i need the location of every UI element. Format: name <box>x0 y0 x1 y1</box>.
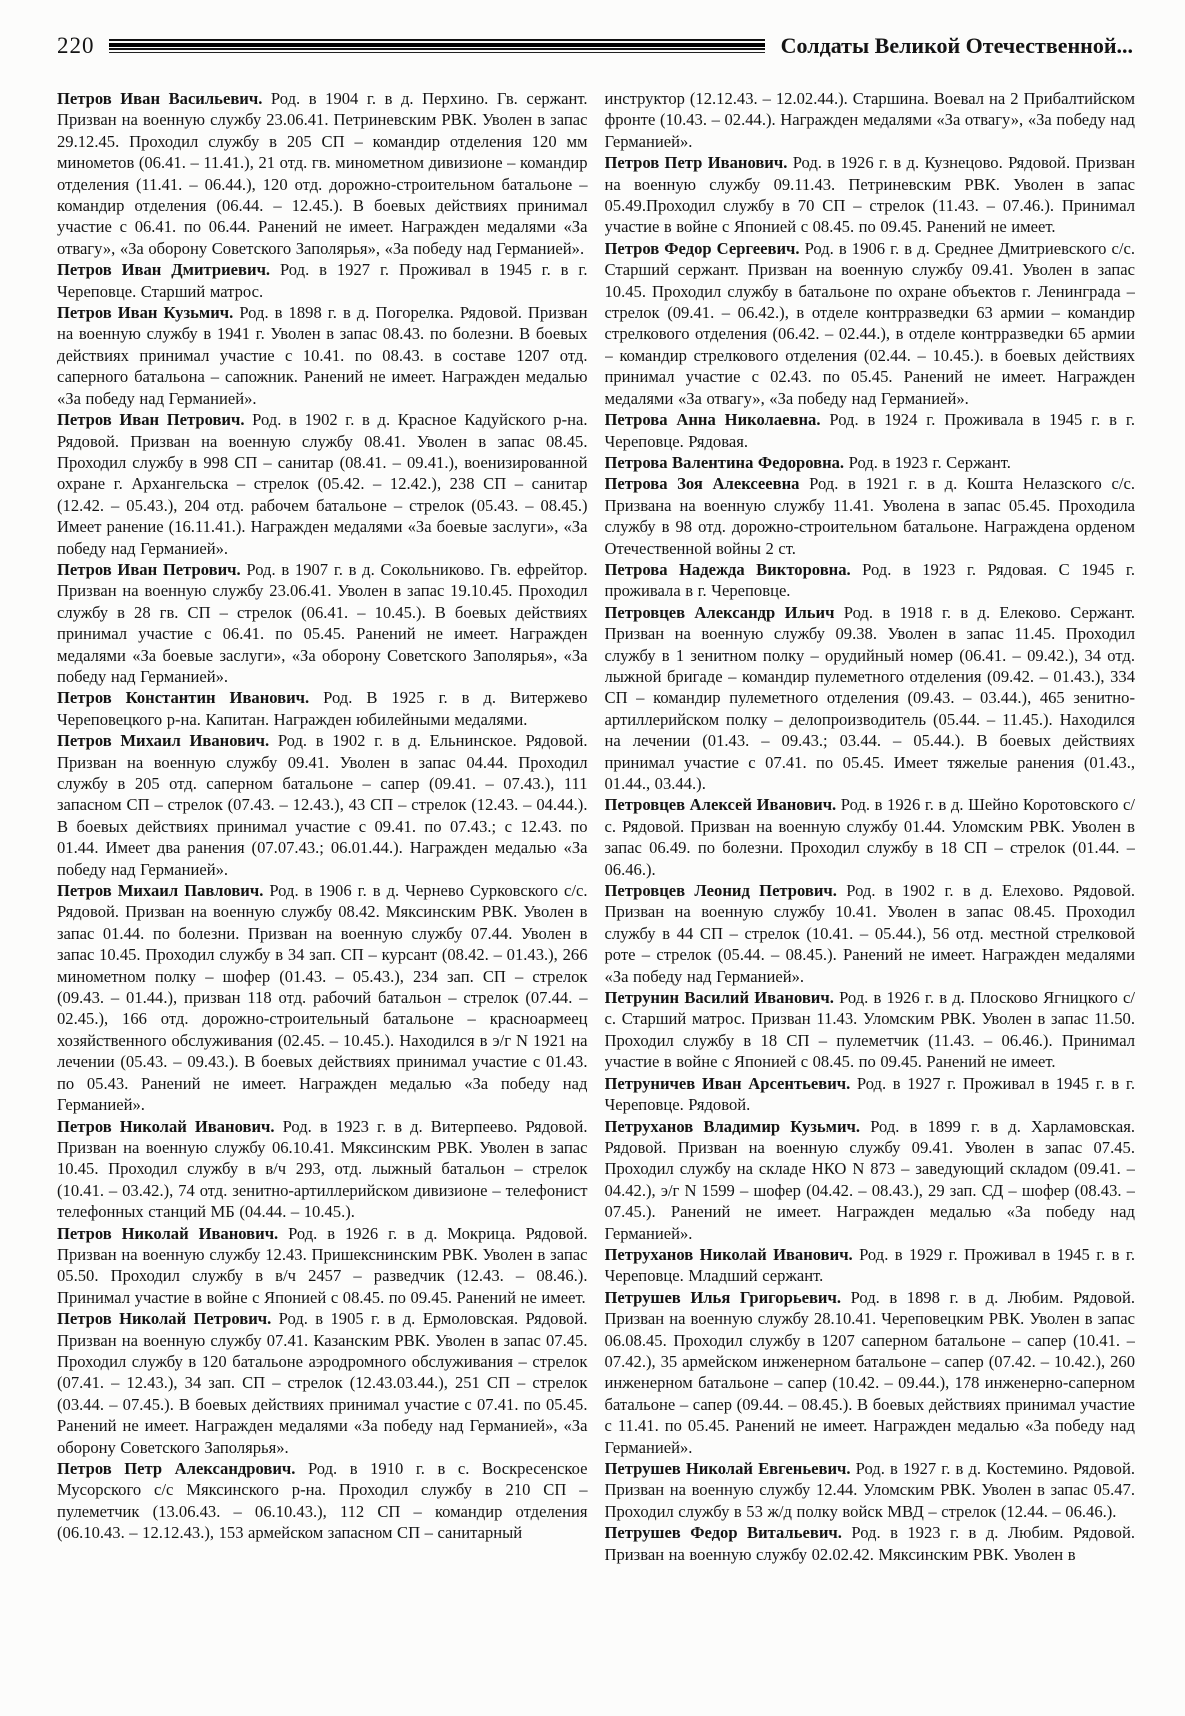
soldier-entry: Петров Николай Иванович. Род. в 1923 г. … <box>57 1116 588 1223</box>
soldier-name: Петрушев Илья Григорьевич. <box>605 1288 842 1307</box>
soldier-name: Петрунин Василий Иванович. <box>605 988 834 1007</box>
soldier-entry: Петрушев Илья Григорьевич. Род. в 1898 г… <box>605 1287 1136 1458</box>
soldier-name: Петров Константин Иванович. <box>57 688 309 707</box>
soldier-name: Петров Иван Васильевич. <box>57 89 262 108</box>
soldier-name: Петров Петр Александрович. <box>57 1459 295 1478</box>
book-page: 220 Солдаты Великой Отечественной... Пет… <box>0 0 1185 1716</box>
soldier-name: Петров Иван Петрович. <box>57 560 241 579</box>
page-header: 220 Солдаты Великой Отечественной... <box>57 34 1133 57</box>
header-rule-line <box>109 48 765 50</box>
soldier-record-text: Род. в 1902 г. в д. Ельнинское. Рядовой.… <box>57 731 588 878</box>
soldier-name: Петров Михаил Иванович. <box>57 731 269 750</box>
soldier-name: Петров Николай Петрович. <box>57 1309 271 1328</box>
soldier-entry: Петрова Анна Николаевна. Род. в 1924 г. … <box>605 409 1136 452</box>
soldier-entry: Петрушев Николай Евгеньевич. Род. в 1927… <box>605 1458 1136 1522</box>
soldier-name: Петров Федор Сергеевич. <box>605 239 800 258</box>
header-rule <box>109 39 765 53</box>
soldier-name: Петруханов Владимир Кузьмич. <box>605 1117 861 1136</box>
soldier-entry: Петров Иван Дмитриевич. Род. в 1927 г. П… <box>57 259 588 302</box>
soldier-entry: Петрова Надежда Викторовна. Род. в 1923 … <box>605 559 1136 602</box>
soldier-name: Петров Николай Иванович. <box>57 1224 278 1243</box>
soldier-entry: Петруничев Иван Арсентьевич. Род. в 1927… <box>605 1073 1136 1116</box>
soldier-entry: Петров Иван Васильевич. Род. в 1904 г. в… <box>57 88 588 259</box>
soldier-entry: инструктор (12.12.43. – 12.02.44.). Стар… <box>605 88 1136 152</box>
soldier-name: Петрова Надежда Викторовна. <box>605 560 851 579</box>
soldier-entry: Петровцев Леонид Петрович. Род. в 1902 г… <box>605 880 1136 987</box>
soldier-entry: Петров Николай Петрович. Род. в 1905 г. … <box>57 1308 588 1458</box>
header-rule-line <box>109 39 765 41</box>
soldier-entry: Петров Иван Кузьмич. Род. в 1898 г. в д.… <box>57 302 588 409</box>
soldier-name: Петровцев Алексей Иванович. <box>605 795 837 814</box>
soldier-record-text: Род. в 1918 г. в д. Елеково. Сержант. Пр… <box>605 603 1136 793</box>
soldier-name: Петров Иван Дмитриевич. <box>57 260 270 279</box>
soldier-record-text: Род. в 1923 г. Сержант. <box>844 453 1011 472</box>
soldier-name: Петруханов Николай Иванович. <box>605 1245 853 1264</box>
soldier-entry: Петров Михаил Иванович. Род. в 1902 г. в… <box>57 730 588 880</box>
soldier-name: Петровцев Александр Ильич <box>605 603 835 622</box>
column-right: инструктор (12.12.43. – 12.02.44.). Стар… <box>605 88 1136 1676</box>
soldier-entry: Петрова Зоя Алексеевна Род. в 1921 г. в … <box>605 473 1136 559</box>
running-title: Солдаты Великой Отечественной... <box>781 35 1133 57</box>
column-left: Петров Иван Васильевич. Род. в 1904 г. в… <box>57 88 588 1676</box>
soldier-record-text: Род. в 1906 г. в д. Среднее Дмитриевског… <box>605 239 1136 408</box>
soldier-entry: Петров Михаил Павлович. Род. в 1906 г. в… <box>57 880 588 1115</box>
soldier-entry: Петрушев Федор Витальевич. Род. в 1923 г… <box>605 1522 1136 1565</box>
soldier-entry: Петров Константин Иванович. Род. В 1925 … <box>57 687 588 730</box>
soldier-entry: Петров Петр Александрович. Род. в 1910 г… <box>57 1458 588 1544</box>
soldier-entry: Петруханов Николай Иванович. Род. в 1929… <box>605 1244 1136 1287</box>
soldier-record-text: Род. в 1904 г. в д. Перхино. Гв. сержант… <box>57 89 588 258</box>
soldier-record-text: Род. в 1906 г. в д. Чернево Сурковского … <box>57 881 588 1114</box>
soldier-record-text: Род. в 1898 г. в д. Любим. Рядовой. Приз… <box>605 1288 1136 1457</box>
soldier-entry: Петрова Валентина Федоровна. Род. в 1923… <box>605 452 1136 473</box>
soldier-record-text: инструктор (12.12.43. – 12.02.44.). Стар… <box>605 89 1136 151</box>
text-columns: Петров Иван Васильевич. Род. в 1904 г. в… <box>57 88 1135 1676</box>
soldier-record-text: Род. в 1902 г. в д. Красное Кадуйского р… <box>57 410 588 557</box>
soldier-record-text: Род. в 1905 г. в д. Ермоловская. Рядовой… <box>57 1309 588 1456</box>
soldier-entry: Петровцев Алексей Иванович. Род. в 1926 … <box>605 794 1136 880</box>
soldier-name: Петров Иван Кузьмич. <box>57 303 233 322</box>
soldier-entry: Петров Федор Сергеевич. Род. в 1906 г. в… <box>605 238 1136 409</box>
soldier-entry: Петров Иван Петрович. Род. в 1907 г. в д… <box>57 559 588 687</box>
soldier-entry: Петруханов Владимир Кузьмич. Род. в 1899… <box>605 1116 1136 1244</box>
soldier-name: Петров Петр Иванович. <box>605 153 788 172</box>
soldier-name: Петров Николай Иванович. <box>57 1117 275 1136</box>
soldier-name: Петрушев Федор Витальевич. <box>605 1523 842 1542</box>
soldier-name: Петрова Зоя Алексеевна <box>605 474 800 493</box>
soldier-entry: Петрунин Василий Иванович. Род. в 1926 г… <box>605 987 1136 1073</box>
soldier-name: Петруничев Иван Арсентьевич. <box>605 1074 851 1093</box>
header-rule-line <box>109 52 765 53</box>
soldier-name: Петров Михаил Павлович. <box>57 881 263 900</box>
soldier-name: Петрова Анна Николаевна. <box>605 410 821 429</box>
soldier-entry: Петров Иван Петрович. Род. в 1902 г. в д… <box>57 409 588 559</box>
page-number: 220 <box>57 34 95 57</box>
soldier-name: Петровцев Леонид Петрович. <box>605 881 837 900</box>
header-rule-line <box>109 43 765 47</box>
soldier-entry: Петровцев Александр Ильич Род. в 1918 г.… <box>605 602 1136 795</box>
soldier-name: Петрушев Николай Евгеньевич. <box>605 1459 851 1478</box>
soldier-entry: Петров Петр Иванович. Род. в 1926 г. в д… <box>605 152 1136 238</box>
soldier-name: Петрова Валентина Федоровна. <box>605 453 845 472</box>
soldier-entry: Петров Николай Иванович. Род. в 1926 г. … <box>57 1223 588 1309</box>
soldier-name: Петров Иван Петрович. <box>57 410 244 429</box>
